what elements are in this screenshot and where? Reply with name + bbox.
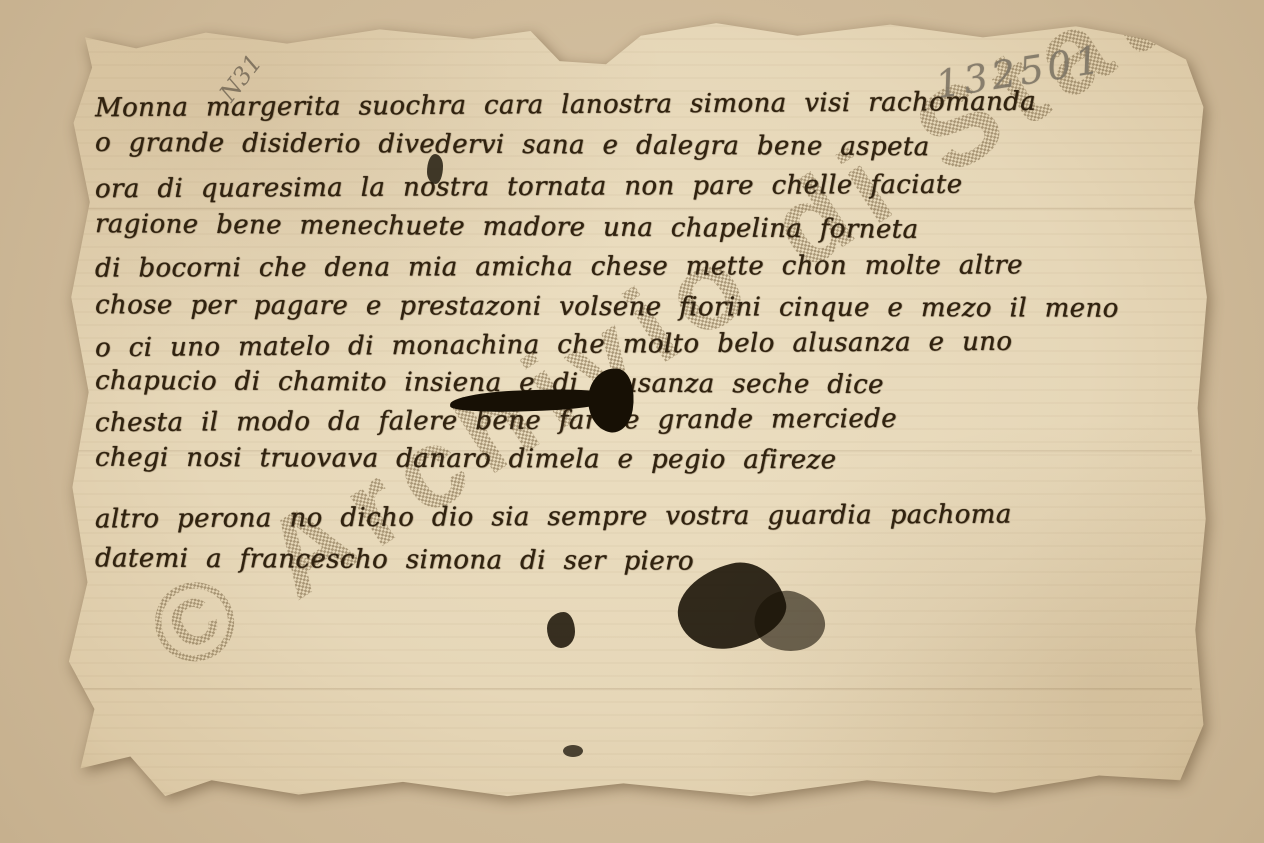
parchment-letter: © Archivio di Stato di Prato N31 132501 …	[55, 12, 1215, 804]
ink-speck	[563, 745, 583, 757]
scan-background: © Archivio di Stato di Prato N31 132501 …	[0, 0, 1264, 843]
manuscript-line: altro perona no dicho dio sia sempre vos…	[95, 500, 1012, 535]
manuscript-line: o ci uno matelo di monachina che molto b…	[95, 327, 1013, 363]
manuscript-line: chegi nosi truovava danaro dimela e pegi…	[95, 443, 837, 476]
paper-crease	[78, 688, 1192, 691]
ink-blot	[547, 612, 575, 648]
manuscript-line: chose per pagare e prestazoni volsene fi…	[95, 290, 1119, 324]
manuscript-line: datemi a francescho simona di ser piero	[95, 543, 694, 576]
parchment-surface: © Archivio di Stato di Prato N31 132501 …	[55, 12, 1215, 804]
manuscript-line: ragione bene menechuete madore una chape…	[95, 209, 919, 245]
manuscript-line: ora di quaresima la nostra tornata non p…	[95, 170, 963, 205]
manuscript-line: o grande disiderio divedervi sana e dale…	[95, 128, 930, 162]
manuscript-line: di bocorni che dena mia amicha chese met…	[95, 250, 1023, 283]
